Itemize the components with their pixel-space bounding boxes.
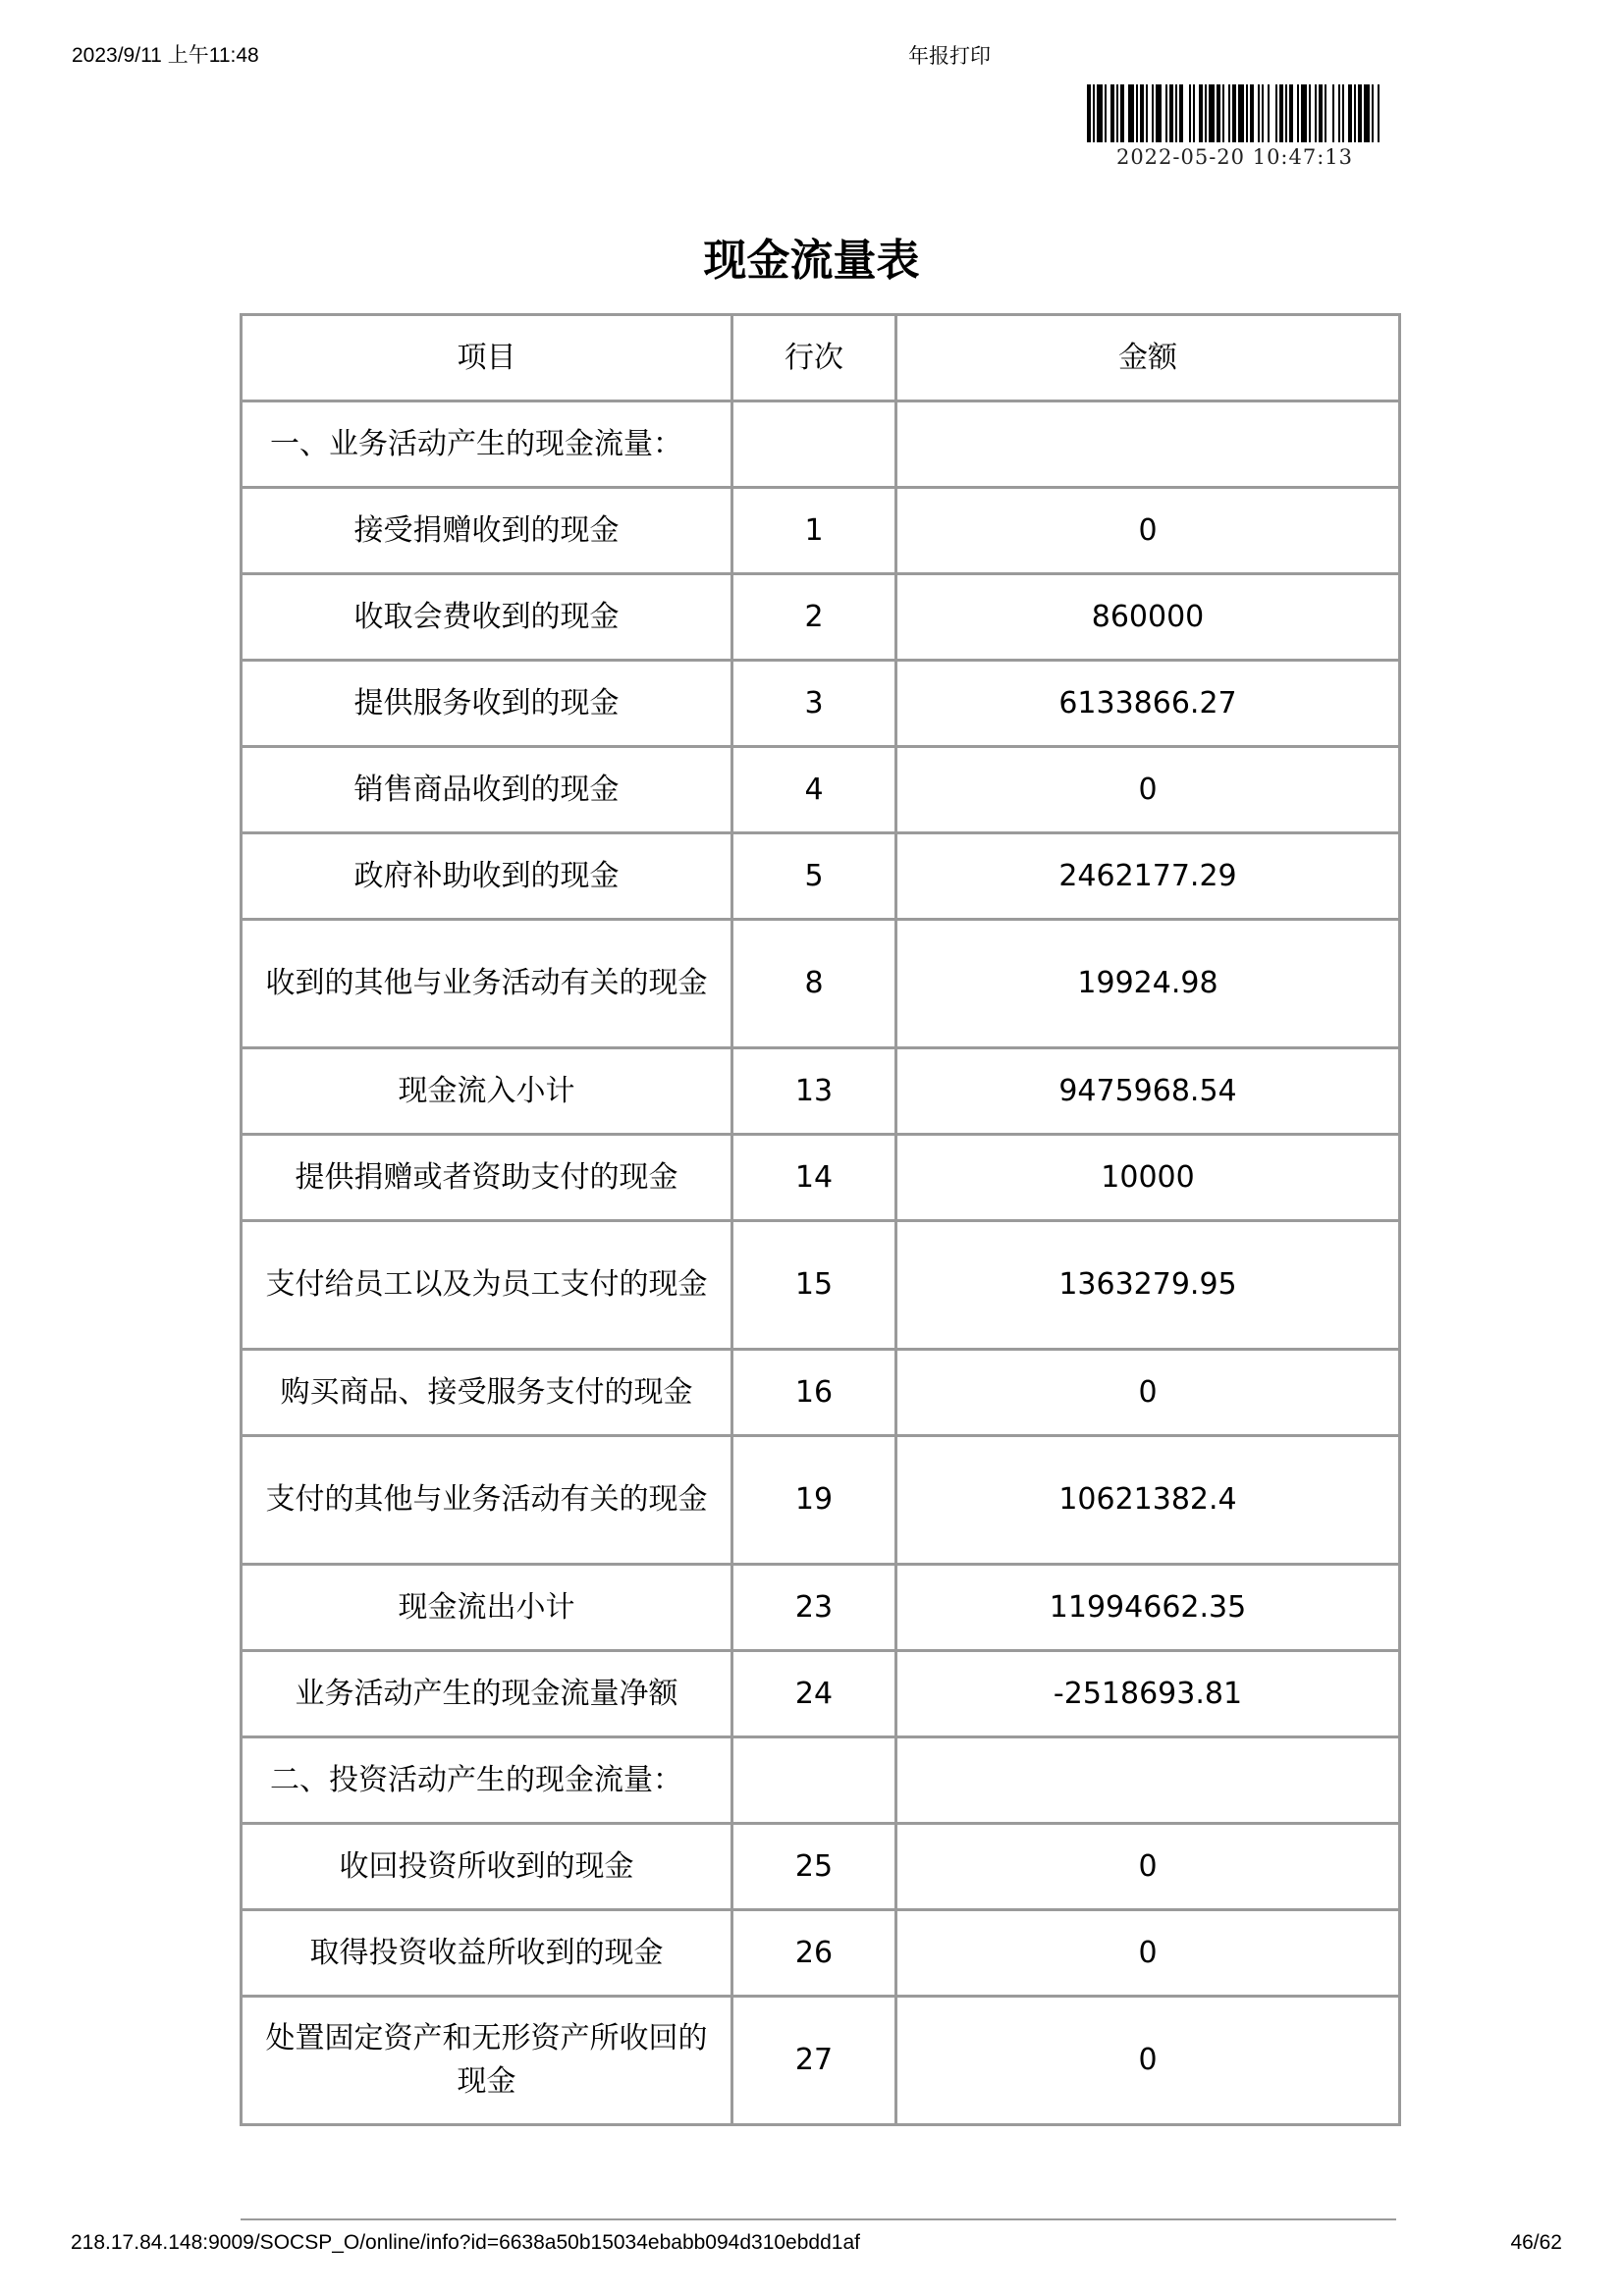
net-cash-flow-row: 业务活动产生的现金流量净额 24 -2518693.81: [242, 1651, 1400, 1737]
barcode-icon: [1087, 84, 1382, 142]
item-cell: 收回投资所收到的现金: [242, 1824, 732, 1910]
item-cell: 收到的其他与业务活动有关的现金: [242, 920, 732, 1048]
table-row: 支付的其他与业务活动有关的现金 19 10621382.4: [242, 1436, 1400, 1565]
item-cell: 提供服务收到的现金: [242, 661, 732, 747]
amount-cell: 19924.98: [896, 920, 1400, 1048]
amount-cell: [896, 401, 1400, 488]
amount-cell: 10621382.4: [896, 1436, 1400, 1565]
line-no-cell: 26: [732, 1910, 896, 1997]
table-row: 政府补助收到的现金 5 2462177.29: [242, 833, 1400, 920]
item-cell: 接受捐赠收到的现金: [242, 488, 732, 574]
line-no-cell: [732, 401, 896, 488]
amount-cell: 860000: [896, 574, 1400, 661]
table-header-row: 项目 行次 金额: [242, 315, 1400, 401]
line-no-cell: 13: [732, 1048, 896, 1135]
table-row: 收回投资所收到的现金 25 0: [242, 1824, 1400, 1910]
line-no-cell: 3: [732, 661, 896, 747]
barcode-timestamp: 2022-05-20 10:47:13: [1087, 143, 1382, 171]
line-no-cell: 1: [732, 488, 896, 574]
column-header-line-no: 行次: [732, 315, 896, 401]
amount-cell: -2518693.81: [896, 1651, 1400, 1737]
item-cell: 处置固定资产和无形资产所收回的现金: [242, 1997, 732, 2125]
item-cell: 购买商品、接受服务支付的现金: [242, 1350, 732, 1436]
table-row: 提供服务收到的现金 3 6133866.27: [242, 661, 1400, 747]
amount-cell: 0: [896, 1350, 1400, 1436]
item-cell: 取得投资收益所收到的现金: [242, 1910, 732, 1997]
table-row: 销售商品收到的现金 4 0: [242, 747, 1400, 833]
item-cell: 收取会费收到的现金: [242, 574, 732, 661]
table-row: 支付给员工以及为员工支付的现金 15 1363279.95: [242, 1221, 1400, 1350]
item-cell: 现金流入小计: [242, 1048, 732, 1135]
table-row: 接受捐赠收到的现金 1 0: [242, 488, 1400, 574]
section-label: 一、业务活动产生的现金流量：: [242, 401, 732, 488]
amount-cell: 1363279.95: [896, 1221, 1400, 1350]
column-header-amount: 金额: [896, 315, 1400, 401]
line-no-cell: 2: [732, 574, 896, 661]
table-row: 提供捐赠或者资助支付的现金 14 10000: [242, 1135, 1400, 1221]
line-no-cell: 24: [732, 1651, 896, 1737]
amount-cell: 0: [896, 488, 1400, 574]
line-no-cell: 14: [732, 1135, 896, 1221]
amount-cell: 11994662.35: [896, 1565, 1400, 1651]
line-no-cell: 16: [732, 1350, 896, 1436]
table-row: 取得投资收益所收到的现金 26 0: [242, 1910, 1400, 1997]
item-cell: 现金流出小计: [242, 1565, 732, 1651]
amount-cell: 0: [896, 1910, 1400, 1997]
column-header-item: 项目: [242, 315, 732, 401]
line-no-cell: 23: [732, 1565, 896, 1651]
amount-cell: 10000: [896, 1135, 1400, 1221]
footer-url: 218.17.84.148:9009/SOCSP_O/online/info?i…: [71, 2230, 860, 2256]
table-row: 收到的其他与业务活动有关的现金 8 19924.98: [242, 920, 1400, 1048]
line-no-cell: 5: [732, 833, 896, 920]
section-label: 二、投资活动产生的现金流量：: [242, 1737, 732, 1824]
print-header-title: 年报打印: [908, 43, 991, 69]
item-cell: 支付给员工以及为员工支付的现金: [242, 1221, 732, 1350]
amount-cell: 0: [896, 1824, 1400, 1910]
amount-cell: [896, 1737, 1400, 1824]
item-cell: 业务活动产生的现金流量净额: [242, 1651, 732, 1737]
table-row: 购买商品、接受服务支付的现金 16 0: [242, 1350, 1400, 1436]
amount-cell: 9475968.54: [896, 1048, 1400, 1135]
line-no-cell: 27: [732, 1997, 896, 2125]
amount-cell: 0: [896, 1997, 1400, 2125]
section-row-investing: 二、投资活动产生的现金流量：: [242, 1737, 1400, 1824]
amount-cell: 2462177.29: [896, 833, 1400, 920]
item-cell: 销售商品收到的现金: [242, 747, 732, 833]
amount-cell: 0: [896, 747, 1400, 833]
line-no-cell: [732, 1737, 896, 1824]
item-cell: 支付的其他与业务活动有关的现金: [242, 1436, 732, 1565]
section-row-operating: 一、业务活动产生的现金流量：: [242, 401, 1400, 488]
line-no-cell: 15: [732, 1221, 896, 1350]
print-datetime: 2023/9/11 上午11:48: [72, 43, 259, 69]
line-no-cell: 19: [732, 1436, 896, 1565]
subtotal-row-inflow: 现金流入小计 13 9475968.54: [242, 1048, 1400, 1135]
footer-divider: [241, 2218, 1396, 2220]
table-row: 处置固定资产和无形资产所收回的现金 27 0: [242, 1997, 1400, 2125]
table-row: 收取会费收到的现金 2 860000: [242, 574, 1400, 661]
line-no-cell: 8: [732, 920, 896, 1048]
amount-cell: 6133866.27: [896, 661, 1400, 747]
page-number: 46/62: [1510, 2230, 1562, 2256]
page-title: 现金流量表: [0, 234, 1623, 289]
line-no-cell: 25: [732, 1824, 896, 1910]
subtotal-row-outflow: 现金流出小计 23 11994662.35: [242, 1565, 1400, 1651]
cash-flow-table: 项目 行次 金额 一、业务活动产生的现金流量： 接受捐赠收到的现金 1 0 收取…: [240, 313, 1401, 2126]
line-no-cell: 4: [732, 747, 896, 833]
item-cell: 政府补助收到的现金: [242, 833, 732, 920]
item-cell: 提供捐赠或者资助支付的现金: [242, 1135, 732, 1221]
